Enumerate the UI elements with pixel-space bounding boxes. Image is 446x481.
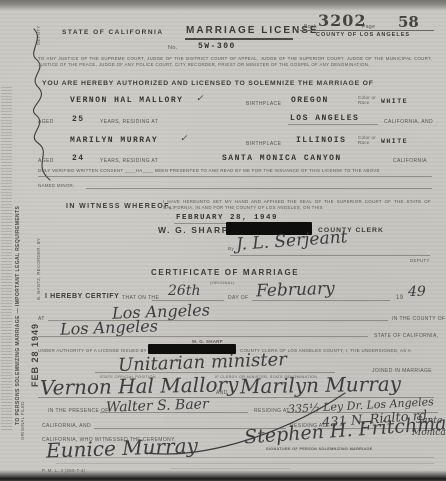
day-of-label: DAY OF	[228, 295, 249, 301]
groom-residence: LOS ANGELES	[290, 114, 359, 123]
scan-top-edge	[0, 0, 446, 11]
bride-state-suffix: CALIFORNIA	[393, 158, 427, 164]
groom-birthplace-label: BIRTHPLACE	[246, 101, 281, 107]
consent-rule2	[86, 188, 432, 189]
bride-age: 24	[72, 154, 85, 163]
marriage-license-document: TO PERSONS SOLEMNIZING MARRIAGE — IMPORT…	[0, 0, 446, 481]
groom-race: WHITE	[381, 98, 408, 105]
margin-fine-print-column	[1, 85, 12, 430]
bottom-fine-print-line-3	[170, 466, 290, 469]
groom-aged-label: AGED	[38, 119, 54, 125]
bottom-fine-print-line-1	[56, 455, 434, 458]
bride-residence: SANTA MONICA CANYON	[222, 154, 342, 163]
bride-name: MARILYN MURRAY	[70, 136, 158, 145]
cert-state-label: STATE OF CALIFORNIA,	[374, 333, 439, 339]
by-label: By	[228, 246, 234, 251]
document-title: MARRIAGE LICENSE	[186, 25, 319, 36]
witness-whereof-label: IN WITNESS WHEREOF,	[66, 203, 172, 210]
groom-name: VERNON HAL MALLORY	[70, 96, 183, 105]
groom-state-suffix: CALIFORNIA, AND	[384, 119, 433, 125]
deputy-label: DEPUTY	[410, 258, 430, 263]
cert-year: 49	[408, 284, 426, 300]
officiant-caption: SIGNATURE OF PERSON SOLEMNIZING MARRIAGE	[266, 447, 373, 451]
margin-solemnizing-note: TO PERSONS SOLEMNIZING MARRIAGE — IMPORT…	[15, 85, 21, 425]
groom-age: 25	[72, 115, 85, 124]
title-underline	[185, 38, 293, 40]
groom-race-label: Color or Race	[358, 96, 380, 105]
license-date: FEBRUARY 28, 1949	[176, 214, 278, 222]
authority-pre: UNDER AUTHORITY OF A LICENSE ISSUED BY	[38, 348, 147, 353]
bride-check: ✓	[180, 134, 188, 144]
officiant-place-1: Santa	[416, 416, 442, 426]
bride-birthplace: ILLINOIS	[296, 136, 346, 145]
authorization-line: YOU ARE HEREBY AUTHORIZED AND LICENSED T…	[42, 80, 374, 87]
certify-prefix: I HEREBY CERTIFY	[45, 293, 119, 300]
groom-residence-rule	[288, 124, 378, 125]
page-number: 58	[398, 13, 419, 31]
addressee-text: TO ANY JUSTICE OF THE SUPREME COURT, JUD…	[38, 56, 432, 68]
cert-month: February	[256, 279, 335, 302]
at-label: AT	[38, 316, 45, 322]
california-and-label: CALIFORNIA, AND	[42, 423, 91, 429]
form-code: P. M. L. 4 (250-7-4)	[42, 468, 86, 473]
bride-race-label: Color or Race	[358, 136, 380, 145]
bride-aged-label: AGED	[38, 158, 54, 164]
bride-birthplace-label: BIRTHPLACE	[246, 141, 281, 147]
license-no-value: 5W-300	[198, 42, 236, 51]
bride-race: WHITE	[381, 138, 408, 145]
state-label: STATE OF CALIFORNIA	[62, 29, 164, 36]
county-of-label: IN THE COUNTY OF	[392, 316, 445, 322]
book-page-rule	[300, 30, 434, 31]
bottom-fine-print-line-2	[56, 461, 434, 464]
cert-county-rule	[38, 336, 368, 337]
year-prefix: 19	[396, 295, 403, 301]
consent-line: DULY VERIFIED WRITTEN CONSENT ____HA____…	[38, 168, 432, 173]
groom-residing-label: YEARS, RESIDING AT	[100, 119, 158, 125]
book-number: 3202	[318, 11, 367, 30]
cert-day: 26th	[168, 283, 200, 299]
presence-label: IN THE PRESENCE OF	[48, 408, 109, 414]
deputy-signature-rule	[230, 255, 430, 256]
consent-rule	[38, 176, 432, 177]
cert-month-rule	[252, 300, 390, 301]
consent-line2: NAMED MINOR.	[38, 183, 75, 188]
officiant-place-2: Monica	[412, 428, 446, 438]
groom-check: ✓	[196, 94, 204, 104]
witness-whereof-text: I HAVE HEREUNTO SET MY HAND AND AFFIXED …	[163, 199, 431, 211]
bride-residing-label: YEARS, RESIDING AT	[100, 158, 158, 164]
margin-filed-label: ORIGINAL FILED	[20, 388, 25, 440]
county-label: COUNTY OF LOS ANGELES	[316, 32, 410, 38]
certificate-subtitle: (ORIGINAL)	[210, 280, 235, 285]
groom-birthplace: OREGON	[291, 96, 329, 105]
certificate-title: CERTIFICATE OF MARRIAGE	[151, 268, 299, 277]
license-no-label: No.	[168, 45, 178, 51]
clerk-name: W. G. SHARP	[158, 225, 229, 235]
